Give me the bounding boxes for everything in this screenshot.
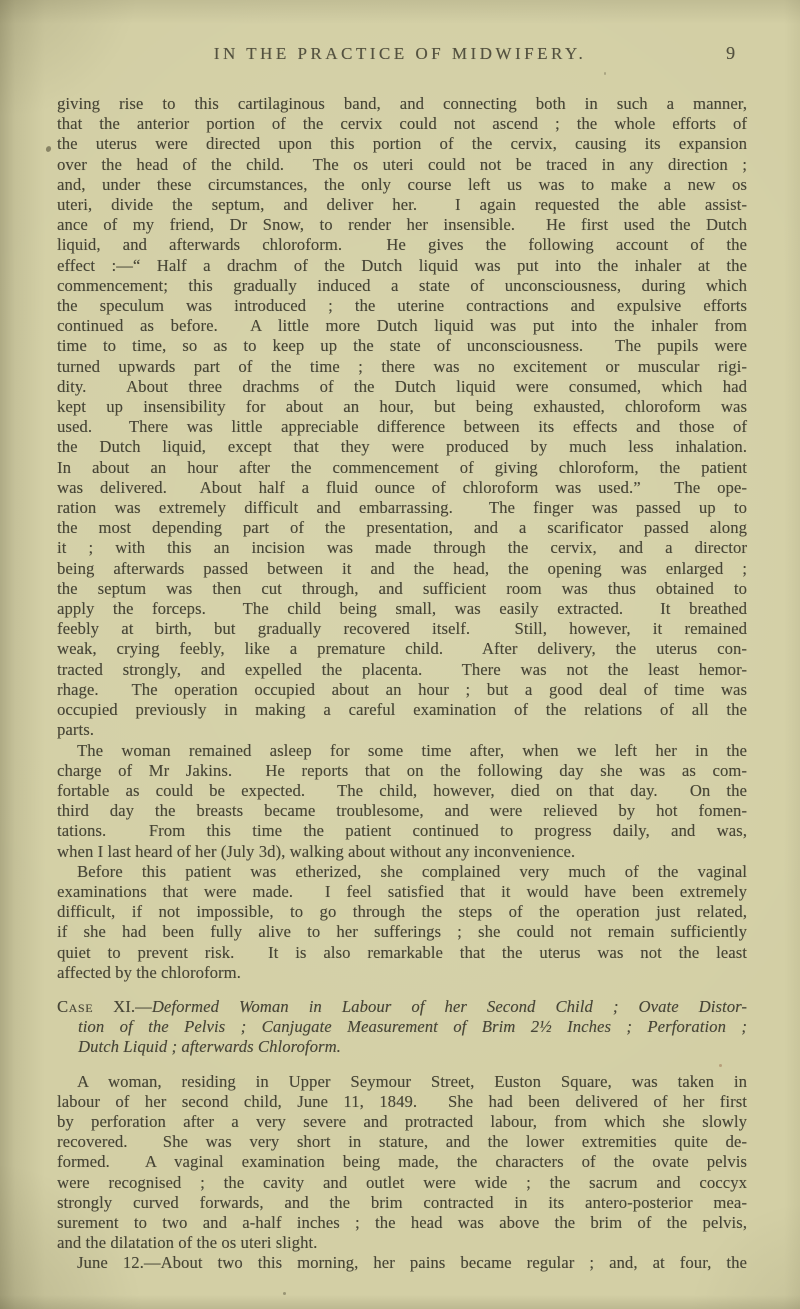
text-line: the uterus were directed upon this porti…	[57, 134, 747, 154]
text-line: surement to two and a-half inches ; the …	[57, 1213, 747, 1233]
text-line: if she had been fully alive to her suffe…	[57, 922, 747, 942]
text-line: Case XI.—Deformed Woman in Labour of her…	[57, 997, 747, 1017]
text-line: giving rise to this cartilaginous band, …	[57, 94, 747, 114]
text-line: Dutch Liquid ; afterwards Chloroform.	[78, 1037, 747, 1057]
case-title: Deformed Woman in Labour of her Second C…	[152, 997, 747, 1016]
text-line: liquid, and afterwards chloroform. He gi…	[57, 235, 747, 255]
text-line: dity. About three drachms of the Dutch l…	[57, 377, 747, 397]
running-header: IN THE PRACTICE OF MIDWIFERY. 9	[0, 44, 800, 68]
text-line: it ; with this an incision was made thro…	[57, 538, 747, 558]
paragraph: The woman remained asleep for some time …	[57, 741, 747, 862]
text-line: and, under these circumstances, the only…	[57, 175, 747, 195]
text-line: formed. A vaginal examination being made…	[57, 1152, 747, 1172]
text-line: kept up insensibility for about an hour,…	[57, 397, 747, 417]
text-line: affected by the chloroform.	[57, 963, 747, 983]
book-page: IN THE PRACTICE OF MIDWIFERY. 9 giving r…	[0, 0, 800, 1309]
paragraph: A woman, residing in Upper Seymour Stree…	[57, 1072, 747, 1254]
paper-speck	[45, 145, 52, 153]
text-line: charge of Mr Jakins. He reports that on …	[57, 761, 747, 781]
text-line: the most depending part of the presentat…	[57, 518, 747, 538]
text-line: being afterwards passed between it and t…	[57, 559, 747, 579]
text-line: turned upwards part of the time ; there …	[57, 357, 747, 377]
text-line: the septum was then cut through, and suf…	[57, 579, 747, 599]
text-line: A woman, residing in Upper Seymour Stree…	[57, 1072, 747, 1092]
text-line: examinations that were made. I feel sati…	[57, 882, 747, 902]
text-line: continued as before. A little more Dutch…	[57, 316, 747, 336]
text-line: that the anterior portion of the cervix …	[57, 114, 747, 134]
text-line: effect :—“ Half a drachm of the Dutch li…	[57, 256, 747, 276]
paragraph: Before this patient was etherized, she c…	[57, 862, 747, 983]
paper-speck	[719, 1064, 722, 1067]
text-line: ance of my friend, Dr Snow, to render he…	[57, 215, 747, 235]
text-line: rhage. The operation occupied about an h…	[57, 680, 747, 700]
text-line: commencement; this gradually induced a s…	[57, 276, 747, 296]
text-line: uteri, divide the septum, and deliver he…	[57, 195, 747, 215]
text-line: labour of her second child, June 11, 184…	[57, 1092, 747, 1112]
paper-speck	[604, 72, 606, 75]
text-line: ration was extremely difficult and embar…	[57, 498, 747, 518]
text-line: feebly at birth, but gradually recovered…	[57, 619, 747, 639]
text-line: recovered. She was very short in stature…	[57, 1132, 747, 1152]
text-line: Before this patient was etherized, she c…	[57, 862, 747, 882]
text-line: when I last heard of her (July 3d), walk…	[57, 842, 747, 862]
paragraph: giving rise to this cartilaginous band, …	[57, 94, 747, 741]
text-line: the speculum was introduced ; the uterin…	[57, 296, 747, 316]
text-line: and the dilatation of the os uteri sligh…	[57, 1233, 747, 1253]
text-line: tracted strongly, and expelled the place…	[57, 660, 747, 680]
text-line: fortable as could be expected. The child…	[57, 781, 747, 801]
running-title: IN THE PRACTICE OF MIDWIFERY.	[0, 44, 800, 64]
text-line: quiet to prevent risk. It is also remark…	[57, 943, 747, 963]
text-line: tations. From this time the patient cont…	[57, 821, 747, 841]
text-line: difficult, if not impossible, to go thro…	[57, 902, 747, 922]
text-line: third day the breasts became troublesome…	[57, 801, 747, 821]
case-number: XI.—	[93, 997, 152, 1016]
text-line: The woman remained asleep for some time …	[57, 741, 747, 761]
text-line: tion of the Pelvis ; Canjugate Measureme…	[78, 1017, 747, 1037]
text-line: used. There was little appreciable diffe…	[57, 417, 747, 437]
text-line: over the head of the child. The os uteri…	[57, 155, 747, 175]
text-line: by perforation after a very severe and p…	[57, 1112, 747, 1132]
text-line: time to time, so as to keep up the state…	[57, 336, 747, 356]
paragraph: June 12.—About two this morning, her pai…	[57, 1253, 747, 1273]
text-line: were recognised ; the cavity and outlet …	[57, 1173, 747, 1193]
text-line: In about an hour after the commencement …	[57, 458, 747, 478]
case-heading: Case XI.—Deformed Woman in Labour of her…	[57, 997, 747, 1058]
text-line: apply the forceps. The child being small…	[57, 599, 747, 619]
text-line: parts.	[57, 720, 747, 740]
text-line: weak, crying feebly, like a premature ch…	[57, 639, 747, 659]
text-line: was delivered. About half a fluid ounce …	[57, 478, 747, 498]
text-line: strongly curved forwards, and the brim c…	[57, 1193, 747, 1213]
text-line: the Dutch liquid, except that they were …	[57, 437, 747, 457]
text-column: giving rise to this cartilaginous band, …	[57, 94, 747, 1274]
text-line: occupied previously in making a careful …	[57, 700, 747, 720]
paper-speck	[283, 1292, 286, 1295]
case-label: Case	[57, 997, 93, 1016]
text-line: June 12.—About two this morning, her pai…	[57, 1253, 747, 1273]
page-number: 9	[726, 43, 766, 64]
